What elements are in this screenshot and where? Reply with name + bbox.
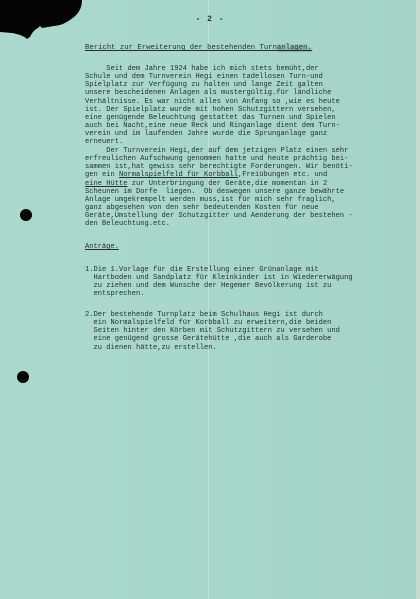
punch-hole-top xyxy=(20,209,32,221)
paper-edge xyxy=(416,0,420,599)
punch-hole-bottom xyxy=(17,371,29,383)
underlined-normalspielfeld: Normalspielfeld für Korbball xyxy=(119,171,238,179)
underlined-huette: eine Hütte xyxy=(85,180,128,188)
text-line: eine genügende Beleuchtung gestattet das… xyxy=(85,114,340,122)
text-line: den Beleuchtung.etc. xyxy=(85,220,353,228)
document-page: - 2 - Bericht zur Erweiterung der besteh… xyxy=(0,0,420,599)
text-line: eine Hütte zur Unterbringung der Geräte,… xyxy=(85,180,353,188)
section-heading-antraege: Anträge. xyxy=(85,243,119,251)
text-segment: zur Unterbringung der Geräte,die momenta… xyxy=(128,180,328,188)
text-line: Schule und dem Turnverein Hegi einen tad… xyxy=(85,73,340,81)
text-line: Geräte,Umstellung der Schutzgitter und A… xyxy=(85,212,353,220)
text-line: Seiten hinter den Körben mit Schutzgitte… xyxy=(85,327,340,335)
motion-item-1: 1.Die 1.Vorlage für die Erstellung einer… xyxy=(85,266,353,299)
text-line: eine genügend grosse Gerätehütte ,die au… xyxy=(85,335,340,343)
text-segment: ,Freiübungen etc. und xyxy=(238,171,327,179)
text-line: ganz abgesehen von den sehr bedeutenden … xyxy=(85,204,353,212)
text-line: Verhältnisse. Es war nicht alles von Anf… xyxy=(85,98,340,106)
text-line: Scheunen im Dorfe liegen. Ob deswegen un… xyxy=(85,188,353,196)
text-line: Anlage umgekrempelt werden muss,ist für … xyxy=(85,196,353,204)
text-line: 2.Der bestehende Turnplatz beim Schulhau… xyxy=(85,311,340,319)
title-smudged-text: anlagen. xyxy=(277,44,312,52)
text-line: erfreulichen Aufschwung genommen hatte u… xyxy=(85,155,353,163)
text-line: erneuert. xyxy=(85,138,340,146)
title-text: Bericht zur Erweiterung der bestehenden … xyxy=(85,44,277,52)
text-line: Hartboden und Sandplatz für Kleinkinder … xyxy=(85,274,353,282)
text-line: 1.Die 1.Vorlage für die Erstellung einer… xyxy=(85,266,353,274)
motion-item-2: 2.Der bestehende Turnplatz beim Schulhau… xyxy=(85,311,340,352)
report-title: Bericht zur Erweiterung der bestehenden … xyxy=(85,44,312,52)
paragraph-turnverein: Der Turnverein Hegi,der auf dem jetzigen… xyxy=(85,147,353,229)
text-line: entsprechen. xyxy=(85,290,353,298)
text-line: verein und im laufenden Jahre wurde die … xyxy=(85,130,340,138)
paragraph-intro: Seit dem Jahre 1924 habe ich mich stets … xyxy=(85,65,340,147)
text-line: Der Turnverein Hegi,der auf dem jetzigen… xyxy=(85,147,353,155)
text-line: ist. Der Spielplatz wurde mit hohen Schu… xyxy=(85,106,340,114)
text-line: Spielplatz zur Verfügung zu halten und l… xyxy=(85,81,340,89)
text-line: gen ein Normalspielfeld für Korbball,Fre… xyxy=(85,171,353,179)
text-segment: gen ein xyxy=(85,171,119,179)
text-line: ein Normalspielfeld für Korbball zu erwe… xyxy=(85,319,340,327)
text-line: Seit dem Jahre 1924 habe ich mich stets … xyxy=(85,65,340,73)
text-line: auch bei Nacht,eine neue Reck und Ringan… xyxy=(85,122,340,130)
text-line: zu dienen hätte,zu erstellen. xyxy=(85,344,340,352)
text-line: sammen ist,hat gewiss sehr berechtigte F… xyxy=(85,163,353,171)
text-line: unsere bescheidenen Anlagen als mustergü… xyxy=(85,89,340,97)
page-number: - 2 - xyxy=(0,15,420,24)
text-line: zu ziehen und dem Wunsche der Hegemer Be… xyxy=(85,282,353,290)
